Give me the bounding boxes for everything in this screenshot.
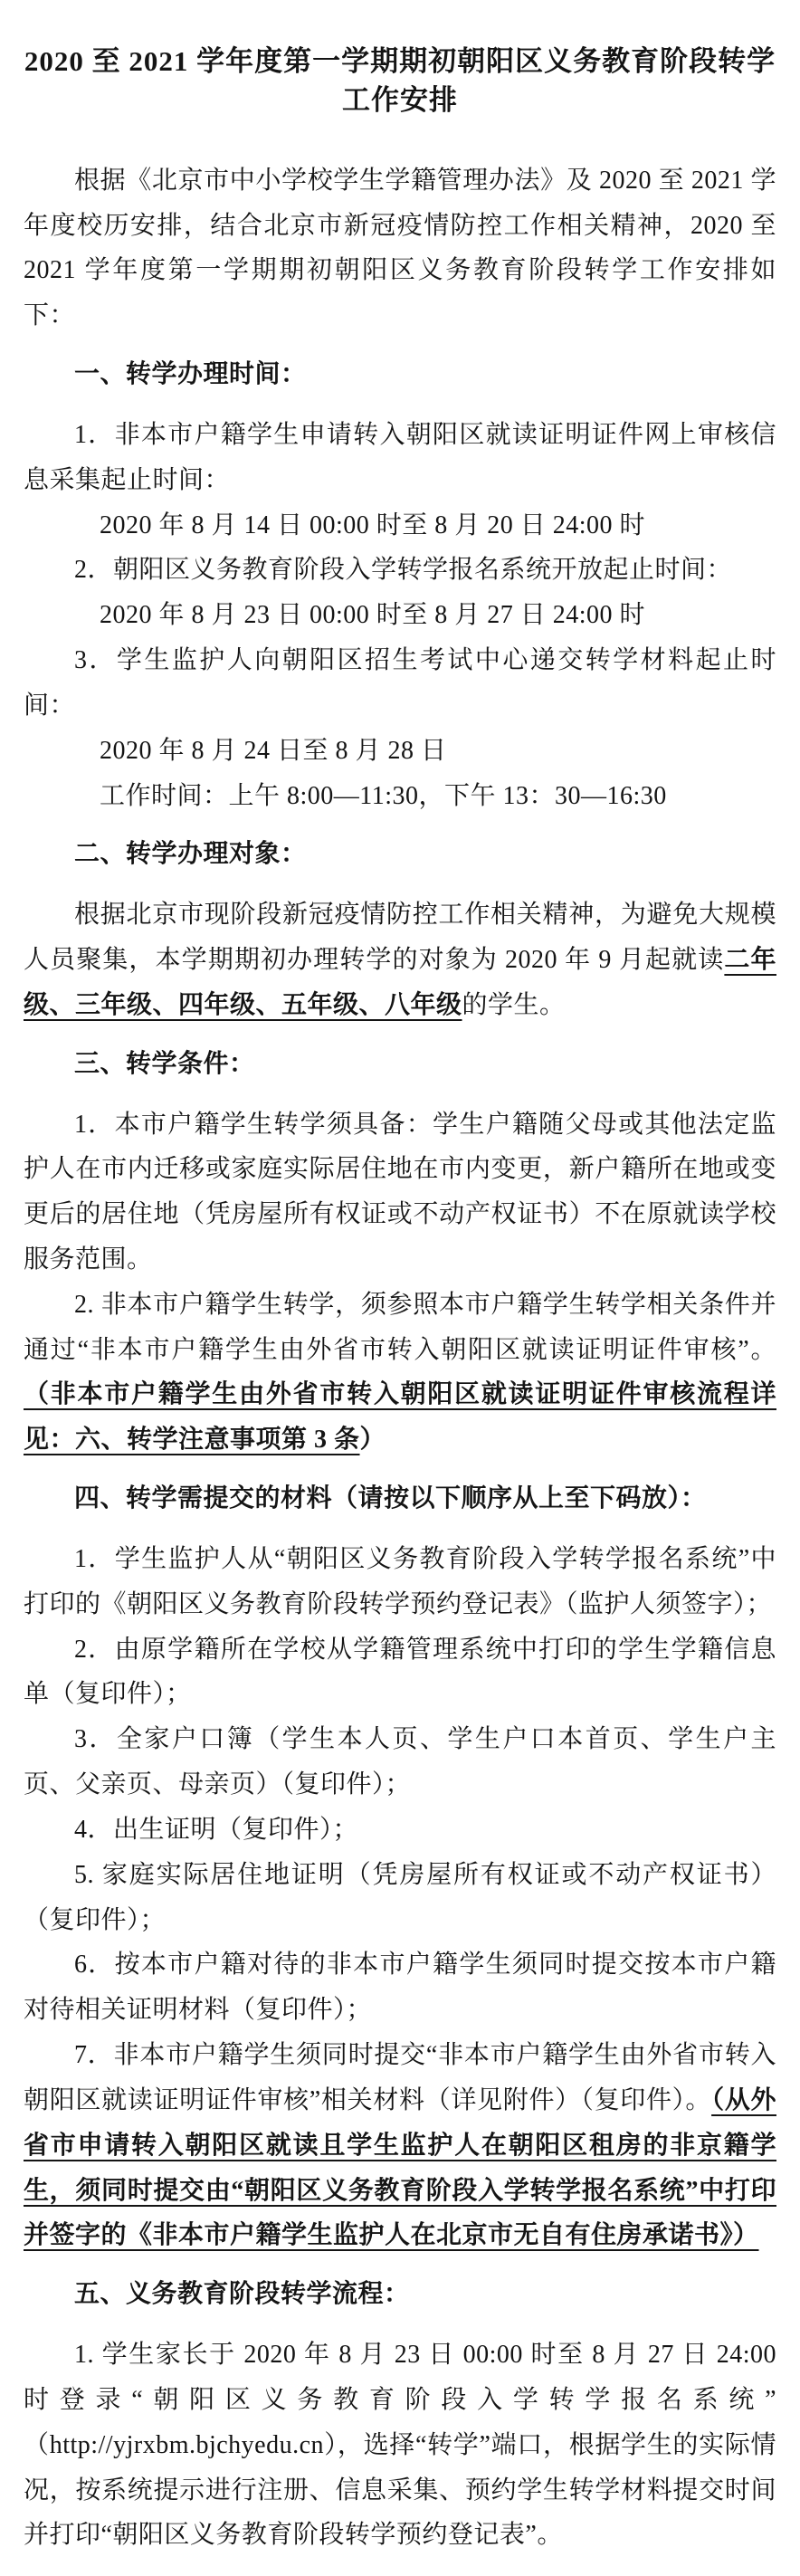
text-segment: 根据北京市现阶段新冠疫情防控工作相关精神，为避免大规模人员聚集，本学期期初办理转… — [24, 901, 776, 974]
text-segment: 4．出生证明（复印件）； — [74, 1816, 358, 1844]
section1-item1: 1．非本市户籍学生申请转入朝阳区就读证明证件网上审核信息采集起止时间： — [24, 413, 776, 503]
section1-item2-time: 2020 年 8 月 23 日 00:00 时至 8 月 27 日 24:00 … — [24, 593, 776, 638]
text-segment: 工作时间：上午 8:00—11:30，下午 13：30—16:30 — [100, 782, 667, 810]
section2-heading: 二、转学办理对象： — [24, 832, 776, 877]
document-page: 2020 至 2021 学年度第一学期期初朝阳区义务教育阶段转学工作安排 根据《… — [0, 0, 800, 2576]
text-segment: 1．学生监护人从“朝阳区义务教育阶段入学转学报名系统”中打印的《朝阳区义务教育阶… — [24, 1545, 776, 1618]
section4-item4: 4．出生证明（复印件）； — [24, 1808, 776, 1853]
text-segment: 7．非本市户籍学生须同时提交“非本市户籍学生由外省市转入朝阳区就读证明证件审核”… — [24, 2041, 776, 2114]
text-segment: 二、转学办理对象： — [74, 840, 307, 868]
text-segment: 三、转学条件： — [74, 1050, 255, 1078]
section3-heading: 三、转学条件： — [24, 1042, 776, 1087]
text-segment: 五、义务教育阶段转学流程： — [74, 2280, 410, 2308]
section1-item1-time: 2020 年 8 月 14 日 00:00 时至 8 月 20 日 24:00 … — [24, 503, 776, 549]
text-segment: 2．朝阳区义务教育阶段入学转学报名系统开放起止时间： — [74, 556, 732, 584]
section1-item2: 2．朝阳区义务教育阶段入学转学报名系统开放起止时间： — [24, 548, 776, 593]
section2-paragraph: 根据北京市现阶段新冠疫情防控工作相关精神，为避免大规模人员聚集，本学期期初办理转… — [24, 892, 776, 1027]
text-segment: 2. 非本市户籍学生转学，须参照本市户籍学生转学相关条件并通过“非本市户籍学生由… — [24, 1291, 776, 1364]
text-segment: 1．非本市户籍学生申请转入朝阳区就读证明证件网上审核信息采集起止时间： — [24, 421, 776, 494]
section4-item7: 7．非本市户籍学生须同时提交“非本市户籍学生由外省市转入朝阳区就读证明证件审核”… — [24, 2033, 776, 2258]
section4-item2: 2．由原学籍所在学校从学籍管理系统中打印的学生学籍信息单（复印件）； — [24, 1627, 776, 1718]
text-segment: 1. 学生家长于 2020 年 8 月 23 日 00:00 时至 8 月 27… — [24, 2341, 776, 2549]
section4-item3: 3．全家户口簿（学生本人页、学生户口本首页、学生户主页、父亲页、母亲页）（复印件… — [24, 1717, 776, 1808]
section4-heading: 四、转学需提交的材料（请按以下顺序从上至下码放）： — [24, 1476, 776, 1522]
section4-item6: 6．按本市户籍对待的非本市户籍学生须同时提交按本市户籍对待相关证明材料（复印件）… — [24, 1942, 776, 2033]
section1-worktime: 工作时间：上午 8:00—11:30，下午 13：30—16:30 — [24, 774, 776, 819]
text-segment: ） — [360, 1426, 386, 1454]
text-segment: 1．本市户籍学生转学须具备：学生户籍随父母或其他法定监护人在市内迁移或家庭实际居… — [24, 1111, 776, 1274]
document-body: 根据《北京市中小学校学生学籍管理办法》及 2020 至 2021 学年度校历安排… — [24, 158, 776, 2558]
text-segment: 5. 家庭实际居住地证明（凭房屋所有权证或不动产权证书）（复印件）； — [24, 1861, 776, 1934]
text-segment: 2020 年 8 月 23 日 00:00 时至 8 月 27 日 24:00 … — [100, 601, 645, 629]
text-segment: （非本市户籍学生由外省市转入朝阳区就读证明证件审核流程详见：六、转学注意事项第 … — [24, 1380, 776, 1454]
document-title: 2020 至 2021 学年度第一学期期初朝阳区义务教育阶段转学工作安排 — [24, 42, 776, 120]
section1-heading: 一、转学办理时间： — [24, 352, 776, 397]
text-segment: 2．由原学籍所在学校从学籍管理系统中打印的学生学籍信息单（复印件）； — [24, 1636, 776, 1709]
section3-item1: 1．本市户籍学生转学须具备：学生户籍随父母或其他法定监护人在市内迁移或家庭实际居… — [24, 1102, 776, 1283]
text-segment: 根据《北京市中小学校学生学籍管理办法》及 2020 至 2021 学年度校历安排… — [24, 167, 776, 329]
text-segment: 的学生。 — [462, 991, 566, 1019]
section5-item1: 1. 学生家长于 2020 年 8 月 23 日 00:00 时至 8 月 27… — [24, 2333, 776, 2558]
text-segment: 6．按本市户籍对待的非本市户籍学生须同时提交按本市户籍对待相关证明材料（复印件）… — [24, 1951, 776, 2024]
text-segment: 3．学生监护人向朝阳区招生考试中心递交转学材料起止时间： — [24, 646, 776, 720]
section1-item3: 3．学生监护人向朝阳区招生考试中心递交转学材料起止时间： — [24, 638, 776, 729]
intro-paragraph: 根据《北京市中小学校学生学籍管理办法》及 2020 至 2021 学年度校历安排… — [24, 158, 776, 339]
text-segment: 2020 年 8 月 14 日 00:00 时至 8 月 20 日 24:00 … — [100, 511, 645, 539]
text-segment: 2020 年 8 月 24 日至 8 月 28 日 — [100, 737, 447, 765]
section4-item1: 1．学生监护人从“朝阳区义务教育阶段入学转学报名系统”中打印的《朝阳区义务教育阶… — [24, 1537, 776, 1627]
section3-item2: 2. 非本市户籍学生转学，须参照本市户籍学生转学相关条件并通过“非本市户籍学生由… — [24, 1283, 776, 1463]
text-segment: 一、转学办理时间： — [74, 360, 307, 388]
text-segment: 3．全家户口簿（学生本人页、学生户口本首页、学生户主页、父亲页、母亲页）（复印件… — [24, 1725, 776, 1798]
section5-heading: 五、义务教育阶段转学流程： — [24, 2272, 776, 2317]
text-segment: 四、转学需提交的材料（请按以下顺序从上至下码放）： — [74, 1484, 707, 1512]
section4-item5: 5. 家庭实际居住地证明（凭房屋所有权证或不动产权证书）（复印件）； — [24, 1853, 776, 1943]
section1-item3-time: 2020 年 8 月 24 日至 8 月 28 日 — [24, 729, 776, 774]
